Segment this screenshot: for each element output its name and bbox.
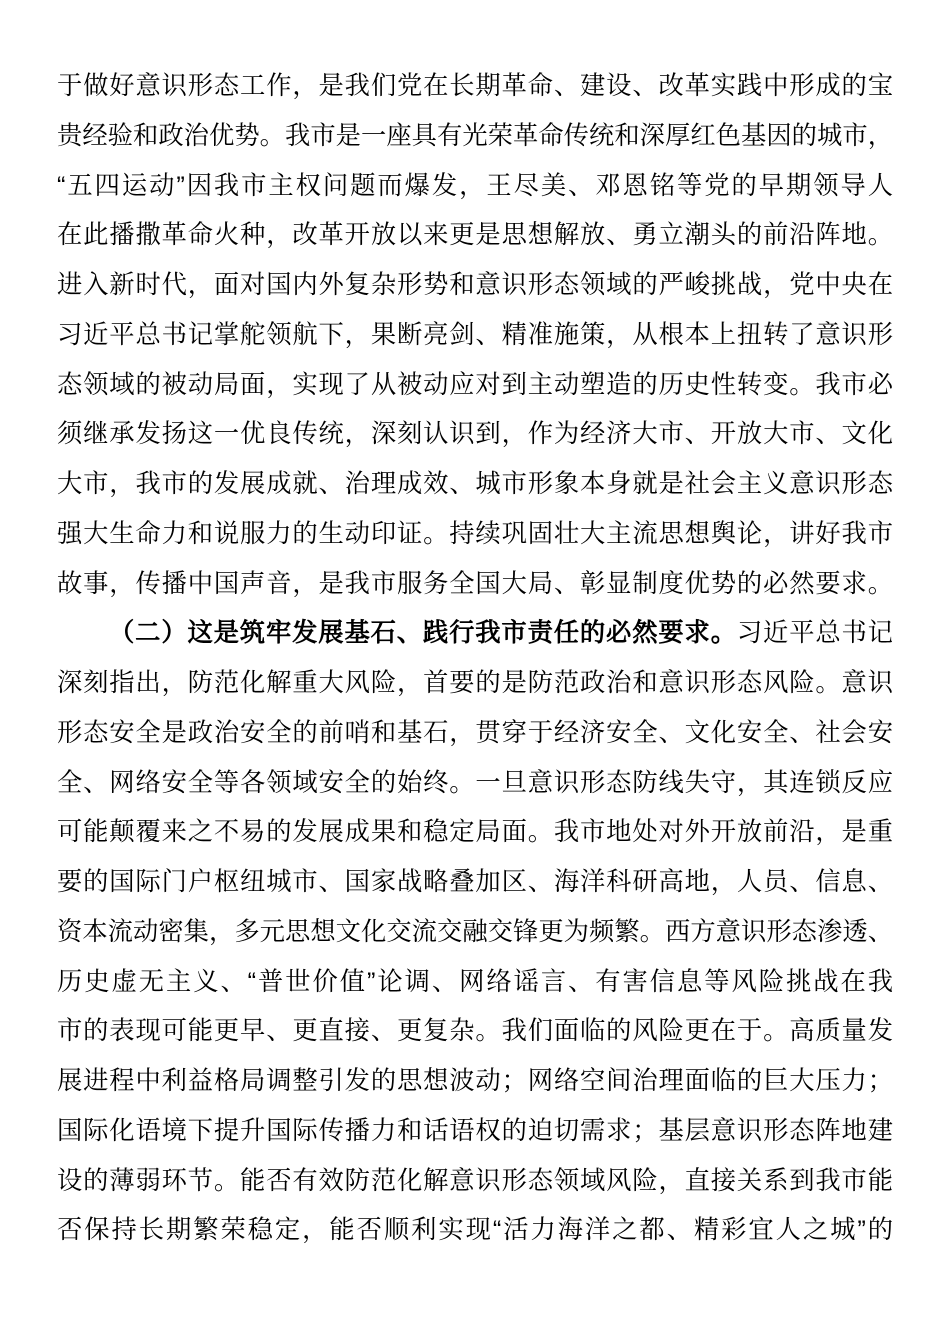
text-line: 进入新时代，面对国内外复杂形势和意识形态领域的严峻挑战，党中央在 (57, 261, 893, 311)
text-line: 资本流动密集，多元思想文化交流交融交锋更为频繁。西方意识形态渗透、 (57, 908, 893, 958)
paragraph-text: 大市，我市的发展成就、治理成效、城市形象本身就是社会主义意识形态 (57, 470, 893, 498)
text-line: 大市，我市的发展成就、治理成效、城市形象本身就是社会主义意识形态 (57, 460, 893, 510)
paragraph-text: 形态安全是政治安全的前哨和基石，贯穿于经济安全、文化安全、社会安 (57, 719, 893, 747)
paragraph-text: 展进程中利益格局调整引发的思想波动；网络空间治理面临的巨大压力； (57, 1067, 893, 1095)
text-line: 设的薄弱环节。能否有效防范化解意识形态领域风险，直接关系到我市能 (57, 1157, 893, 1207)
text-line: 形态安全是政治安全的前哨和基石，贯穿于经济安全、文化安全、社会安 (57, 709, 893, 759)
paragraph-text: “五四运动”因我市主权问题而爆发，王尽美、邓恩铭等党的早期领导人 (57, 172, 893, 200)
paragraph-text: 习近平总书记掌舵领航下，果断亮剑、精准施策，从根本上扭转了意识形 (57, 321, 893, 349)
text-line: “五四运动”因我市主权问题而爆发，王尽美、邓恩铭等党的早期领导人 (57, 162, 893, 212)
paragraph-text: 可能颠覆来之不易的发展成果和稳定局面。我市地处对外开放前沿，是重 (57, 818, 893, 846)
text-line: 展进程中利益格局调整引发的思想波动；网络空间治理面临的巨大压力； (57, 1057, 893, 1107)
paragraph-text: 设的薄弱环节。能否有效防范化解意识形态领域风险，直接关系到我市能 (57, 1167, 893, 1195)
text-line: 贵经验和政治优势。我市是一座具有光荣革命传统和深厚红色基因的城市， (57, 112, 893, 162)
paragraph-text: 深刻指出，防范化解重大风险，首要的是防范政治和意识形态风险。意识 (57, 669, 893, 697)
text-line: 习近平总书记掌舵领航下，果断亮剑、精准施策，从根本上扭转了意识形 (57, 311, 893, 361)
section-heading-bold: （二）这是筑牢发展基石、践行我市责任的必然要求。 (109, 619, 737, 647)
paragraph-text: 于做好意识形态工作，是我们党在长期革命、建设、改革实践中形成的宝 (57, 72, 893, 100)
text-line: 于做好意识形态工作，是我们党在长期革命、建设、改革实践中形成的宝 (57, 62, 893, 112)
text-line: 故事，传播中国声音，是我市服务全国大局、彰显制度优势的必然要求。 (57, 560, 893, 610)
text-line: 否保持长期繁荣稳定，能否顺利实现“活力海洋之都、精彩宜人之城”的 (57, 1206, 893, 1256)
paragraph-text: 否保持长期繁荣稳定，能否顺利实现“活力海洋之都、精彩宜人之城”的 (57, 1216, 893, 1244)
text-line: 须继承发扬这一优良传统，深刻认识到，作为经济大市、开放大市、文化 (57, 410, 893, 460)
paragraph-text: 国际化语境下提升国际传播力和话语权的迫切需求；基层意识形态阵地建 (57, 1117, 893, 1145)
paragraph-text: 全、网络安全等各领域安全的始终。一旦意识形态防线失守，其连锁反应 (57, 769, 893, 797)
text-line: 强大生命力和说服力的生动印证。持续巩固壮大主流思想舆论，讲好我市 (57, 510, 893, 560)
text-line: 深刻指出，防范化解重大风险，首要的是防范政治和意识形态风险。意识 (57, 659, 893, 709)
paragraph-text: 资本流动密集，多元思想文化交流交融交锋更为频繁。西方意识形态渗透、 (57, 918, 893, 946)
paragraph-text: 强大生命力和说服力的生动印证。持续巩固壮大主流思想舆论，讲好我市 (57, 520, 893, 548)
paragraph-text: 态领域的被动局面，实现了从被动应对到主动塑造的历史性转变。我市必 (57, 371, 893, 399)
paragraph-text: 习近平总书记 (737, 619, 893, 647)
text-line: 全、网络安全等各领域安全的始终。一旦意识形态防线失守，其连锁反应 (57, 759, 893, 809)
text-line: 态领域的被动局面，实现了从被动应对到主动塑造的历史性转变。我市必 (57, 361, 893, 411)
text-line-section-heading: （二）这是筑牢发展基石、践行我市责任的必然要求。习近平总书记 (57, 609, 893, 659)
paragraph-text: 在此播撒革命火种，改革开放以来更是思想解放、勇立潮头的前沿阵地。 (57, 221, 893, 249)
paragraph-text: 故事，传播中国声音，是我市服务全国大局、彰显制度优势的必然要求。 (57, 570, 893, 598)
text-line: 国际化语境下提升国际传播力和话语权的迫切需求；基层意识形态阵地建 (57, 1107, 893, 1157)
document-page: 于做好意识形态工作，是我们党在长期革命、建设、改革实践中形成的宝 贵经验和政治优… (0, 0, 950, 1344)
text-line: 市的表现可能更早、更直接、更复杂。我们面临的风险更在于。高质量发 (57, 1007, 893, 1057)
paragraph-text: 市的表现可能更早、更直接、更复杂。我们面临的风险更在于。高质量发 (57, 1017, 893, 1045)
paragraph-text: 须继承发扬这一优良传统，深刻认识到，作为经济大市、开放大市、文化 (57, 420, 893, 448)
paragraph-text: 进入新时代，面对国内外复杂形势和意识形态领域的严峻挑战，党中央在 (57, 271, 893, 299)
paragraph-text: 历史虚无主义、“普世价值”论调、网络谣言、有害信息等风险挑战在我 (57, 968, 893, 996)
paragraph-text: 贵经验和政治优势。我市是一座具有光荣革命传统和深厚红色基因的城市， (57, 122, 893, 150)
text-line: 可能颠覆来之不易的发展成果和稳定局面。我市地处对外开放前沿，是重 (57, 808, 893, 858)
paragraph-text: 要的国际门户枢纽城市、国家战略叠加区、海洋科研高地，人员、信息、 (57, 868, 893, 896)
text-line: 历史虚无主义、“普世价值”论调、网络谣言、有害信息等风险挑战在我 (57, 958, 893, 1008)
text-line: 在此播撒革命火种，改革开放以来更是思想解放、勇立潮头的前沿阵地。 (57, 211, 893, 261)
text-line: 要的国际门户枢纽城市、国家战略叠加区、海洋科研高地，人员、信息、 (57, 858, 893, 908)
